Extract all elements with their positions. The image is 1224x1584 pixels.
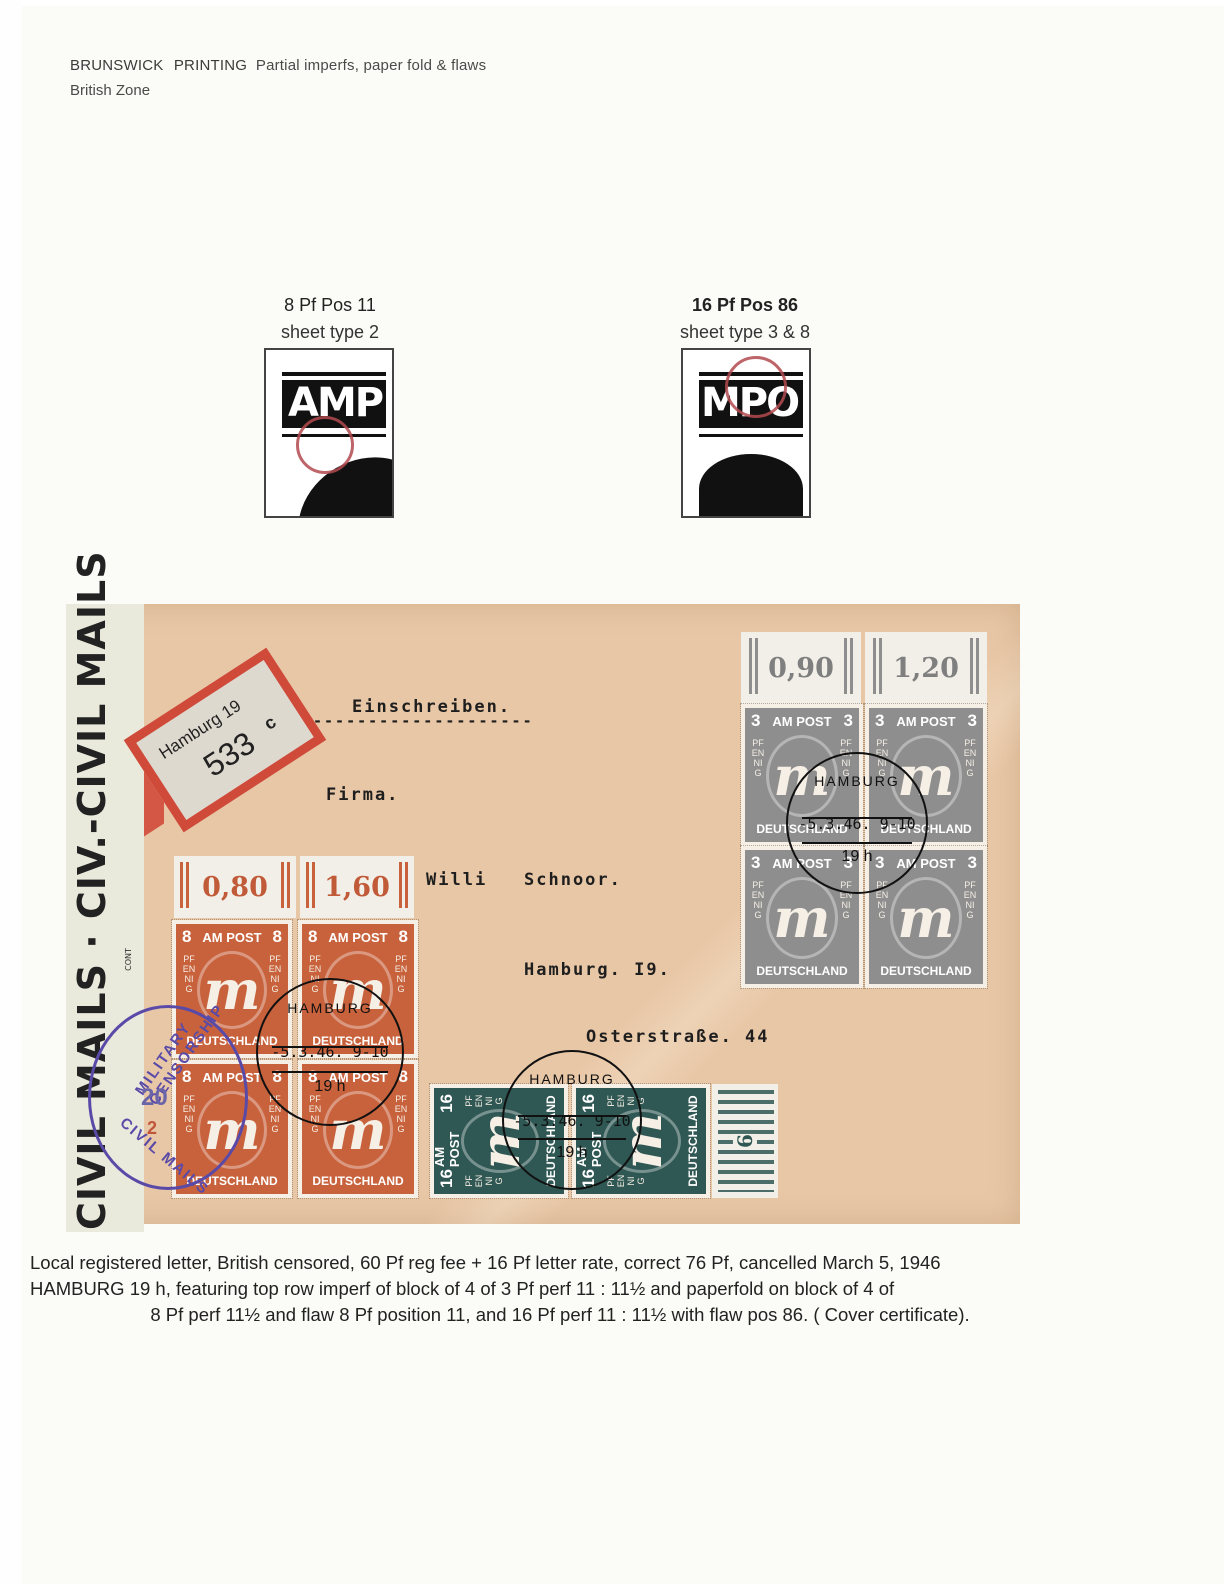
- flaw-highlight-circle: [296, 416, 354, 474]
- postmark-date: -5.3.46. 9-10: [788, 815, 926, 833]
- postmark-town: HAMBURG: [258, 1000, 402, 1016]
- margin-value: 6: [733, 1134, 757, 1148]
- address-firma: Firma.: [326, 785, 399, 805]
- sheet-margin-tab: 6: [712, 1084, 778, 1198]
- margin-value: 1,60: [324, 872, 390, 903]
- postmark-code: 19 h: [788, 848, 926, 866]
- flaw-16pf-enlargement: MPO: [681, 348, 811, 518]
- address-first-name: Willi: [426, 870, 487, 890]
- stamp-country: DEUTSCHLAND: [306, 1172, 410, 1190]
- page-subtitle: British Zone: [70, 82, 150, 99]
- flaw-sheet-type: sheet type 3 & 8: [660, 318, 830, 346]
- sheet-margin-tab: 1,60: [300, 856, 414, 918]
- postmark-3pf: HAMBURG -5.3.46. 9-10 19 h: [786, 752, 928, 894]
- margin-value: 0,90: [768, 653, 834, 684]
- postmark-date: -5.3.46. 9-10: [258, 1043, 402, 1061]
- margin-value: 1,20: [893, 653, 959, 684]
- flaw-8pf-enlargement: AMP: [264, 348, 394, 518]
- address-city: Hamburg. I9.: [524, 960, 671, 980]
- stamp-top-line: 16AM POST16: [438, 1092, 456, 1190]
- censor-tape-small-text: CONT: [124, 948, 133, 971]
- postmark-date: -5.3.46. 9-10: [504, 1112, 640, 1130]
- sheet-margin-tab: 1,20: [865, 632, 987, 704]
- sheet-margin-tab: 0,80: [174, 856, 296, 918]
- stamp-top-line: 3AM POST3: [873, 712, 979, 730]
- margin-value: 0,80: [202, 872, 268, 903]
- military-censor-handstamp: MILITARY CENSORSHIP 20 2 CIVIL MAILS: [88, 1005, 248, 1190]
- postmark-town: HAMBURG: [504, 1071, 640, 1087]
- stamp-country: DEUTSCHLAND: [684, 1092, 702, 1190]
- postmark-code: 19 h: [504, 1144, 640, 1162]
- description-line-1: Local registered letter, British censore…: [30, 1250, 1090, 1276]
- address-street: Osterstraße. 44: [586, 1027, 770, 1047]
- address-last-name: Schnoor.: [524, 870, 622, 890]
- sheet-margin-tab: 0,90: [741, 632, 861, 704]
- flaw-16pf-caption: 16 Pf Pos 86 sheet type 3 & 8: [660, 292, 830, 346]
- flaw-8pf-caption: 8 Pf Pos 11 sheet type 2: [250, 292, 410, 346]
- postmark-8pf: HAMBURG -5.3.46. 9-10 19 h: [256, 978, 404, 1126]
- postmark-16pf: HAMBURG -5.3.46. 9-10 19 h: [502, 1050, 642, 1190]
- cover-description: Local registered letter, British censore…: [30, 1250, 1090, 1328]
- registration-letter: c: [260, 712, 280, 735]
- address-underline: --------------------: [313, 712, 534, 730]
- military-censor-number: 20: [141, 1084, 168, 1112]
- stamp-top-line: 8AM POST8: [306, 928, 410, 946]
- stamp-country: DEUTSCHLAND: [873, 962, 979, 980]
- page-title-rest: Partial imperfs, paper fold & flaws: [256, 57, 486, 74]
- postmark-town: HAMBURG: [788, 773, 926, 789]
- description-line-3: 8 Pf perf 11½ and flaw 8 Pf position 11,…: [30, 1302, 1090, 1328]
- flaw-highlight-circle: [725, 356, 787, 418]
- stamp-top-line: 8AM POST8: [180, 928, 284, 946]
- postmark-code: 19 h: [258, 1078, 402, 1096]
- flaw-title: 8 Pf Pos 11: [250, 292, 410, 318]
- flaw-title: 16 Pf Pos 86: [660, 292, 830, 318]
- page-left-edge: [0, 0, 22, 1584]
- stamp-top-line: 3AM POST3: [749, 712, 855, 730]
- page-title: BRUNSWICK PRINTING Partial imperfs, pape…: [70, 57, 486, 74]
- flaw-sheet-type: sheet type 2: [250, 318, 410, 346]
- description-line-2: HAMBURG 19 h, featuring top row imperf o…: [30, 1276, 1090, 1302]
- stamp-country: DEUTSCHLAND: [749, 962, 855, 980]
- page-title-strong: BRUNSWICK PRINTING: [70, 57, 247, 74]
